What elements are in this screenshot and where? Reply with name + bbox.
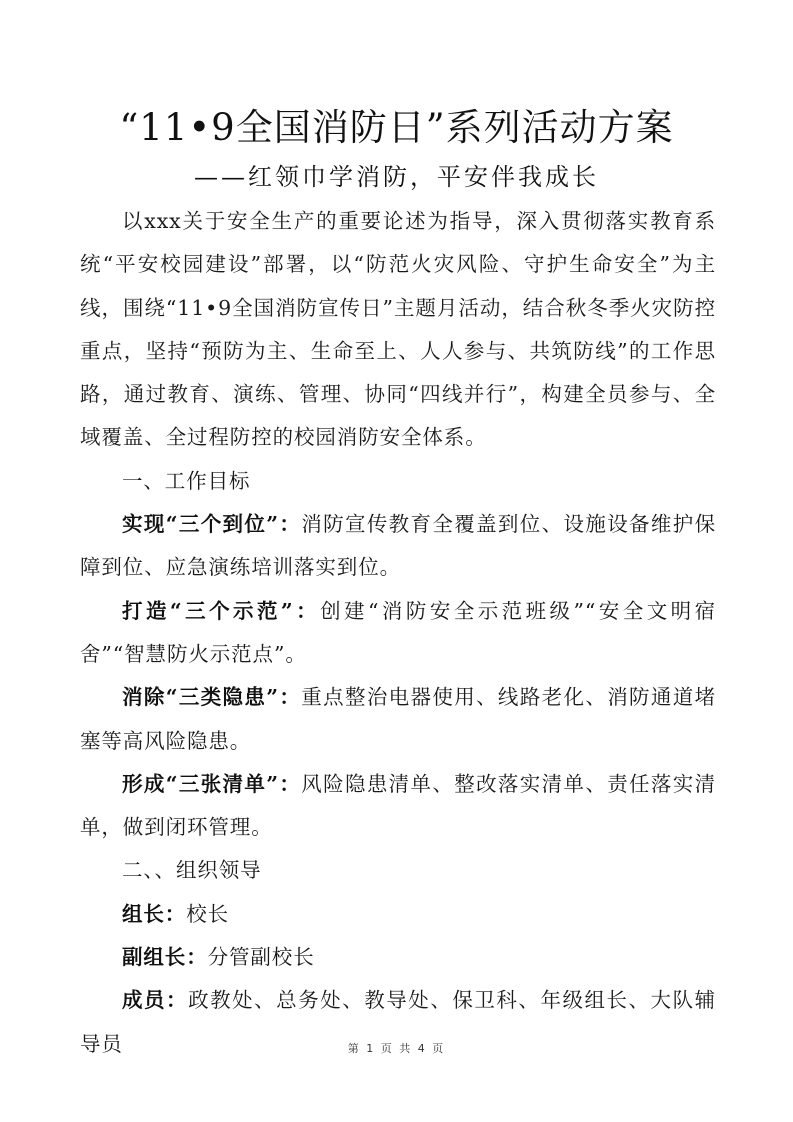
goal-label: 实现“三个到位”：	[122, 512, 301, 536]
section-heading-organization: 二、、组织领导	[80, 849, 716, 892]
org-label: 成员：	[122, 988, 188, 1012]
document-body: 以xxx关于安全生产的重要论述为指导，深入贯彻落实教育系统“平安校园建设”部署，…	[80, 200, 716, 1066]
page-number-footer: 第 1 页 共 4 页	[0, 1040, 793, 1056]
org-text: 分管副校长	[208, 945, 315, 969]
document-page: “11•9全国消防日”系列活动方案 ——红领巾学消防，平安伴我成长 以xxx关于…	[0, 0, 793, 1122]
goal-item: 打造“三个示范”：创建“消防安全示范班级”“安全文明宿舍”“智慧防火示范点”。	[80, 590, 716, 677]
org-label: 副组长：	[122, 945, 208, 969]
goal-item: 消除“三类隐患”：重点整治电器使用、线路老化、消防通道堵塞等高风险隐患。	[80, 676, 716, 763]
document-title: “11•9全国消防日”系列活动方案	[0, 104, 793, 152]
goal-label: 形成“三张清单”：	[122, 772, 301, 796]
goal-item: 形成“三张清单”：风险隐患清单、整改落实清单、责任落实清单，做到闭环管理。	[80, 763, 716, 850]
section-heading-goals: 一、工作目标	[80, 460, 716, 503]
goal-label: 打造“三个示范”：	[122, 599, 320, 623]
org-item: 副组长：分管副校长	[80, 936, 716, 979]
org-label: 组长：	[122, 902, 186, 926]
intro-paragraph: 以xxx关于安全生产的重要论述为指导，深入贯彻落实教育系统“平安校园建设”部署，…	[80, 200, 716, 460]
goal-label: 消除“三类隐患”：	[122, 685, 301, 709]
document-subtitle: ——红领巾学消防，平安伴我成长	[0, 160, 793, 194]
org-item: 组长：校长	[80, 893, 716, 936]
org-text: 校长	[186, 902, 229, 926]
goal-item: 实现“三个到位”：消防宣传教育全覆盖到位、设施设备维护保障到位、应急演练培训落实…	[80, 503, 716, 590]
